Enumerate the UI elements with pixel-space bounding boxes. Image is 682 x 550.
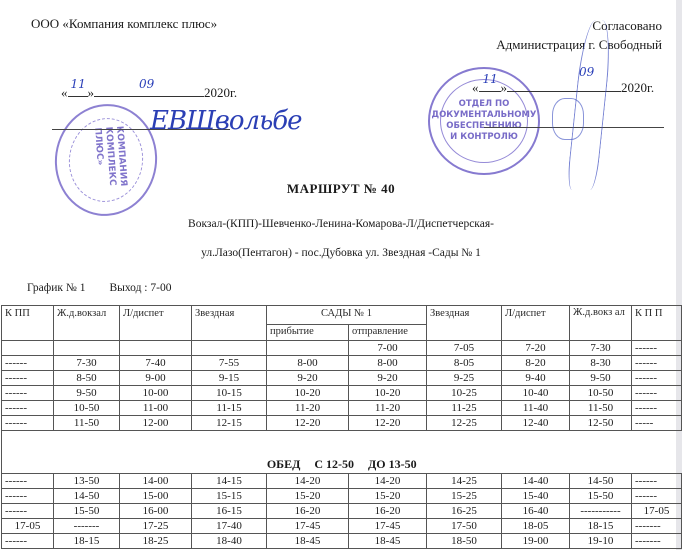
table-cell: 9-20 (349, 371, 427, 386)
stamp-line: И КОНТРОЛЮ (430, 132, 538, 143)
col-zvezdnaya-return: Звездная (427, 306, 502, 341)
table-cell: 11-15 (192, 401, 267, 416)
lunch-break: ОБЕДС 12-50ДО 13-50 (2, 431, 682, 474)
col-kpp-return: К П П (632, 306, 682, 341)
table-cell: 10-20 (349, 386, 427, 401)
table-row: ------9-5010-0010-1510-2010-2010-2510-40… (2, 386, 682, 401)
table-cell: 11-25 (427, 401, 502, 416)
table-cell: 8-50 (54, 371, 120, 386)
table-cell: 18-50 (427, 534, 502, 549)
lunch-label: ОБЕД (267, 457, 301, 471)
table-cell: 14-40 (502, 474, 570, 489)
table-row: ------18-1518-2518-4018-4518-4518-5019-0… (2, 534, 682, 549)
table-cell: 16-25 (427, 504, 502, 519)
col-zvezdnaya: Звездная (192, 306, 267, 341)
lunch-to: ДО 13-50 (368, 457, 417, 471)
table-cell: 10-50 (570, 386, 632, 401)
lunch-from: С 12-50 (314, 457, 354, 471)
table-cell: ------- (54, 519, 120, 534)
table-row: ------13-5014-0014-1514-2014-2014-2514-4… (2, 474, 682, 489)
table-cell (2, 341, 54, 356)
table-cell: 15-40 (502, 489, 570, 504)
table-cell: 19-10 (570, 534, 632, 549)
table-cell: ----- (632, 416, 682, 431)
date-right: «11»092020г. (472, 79, 654, 96)
table-cell: 15-50 (54, 504, 120, 519)
table-cell: 15-00 (120, 489, 192, 504)
day-field: 11 (479, 79, 501, 92)
table-cell: 9-50 (570, 371, 632, 386)
table-cell: 7-40 (120, 356, 192, 371)
table-cell: 14-50 (570, 474, 632, 489)
route-description-line2: ул.Лазо(Пентагон) - пос.Дубовка ул. Звез… (0, 247, 682, 259)
table-cell: 10-20 (267, 386, 349, 401)
table-cell: 9-25 (427, 371, 502, 386)
lunch-row: ОБЕДС 12-50ДО 13-50 (2, 431, 682, 474)
stamp-text: ОТДЕЛ ПО ДОКУМЕНТАЛЬНОМУ ОБЕСПЕЧЕНИЮ И К… (430, 99, 538, 143)
table-cell: 10-00 (120, 386, 192, 401)
table-cell: 15-20 (349, 489, 427, 504)
col-station-return: Ж.д.вокз ал (570, 306, 632, 341)
table-cell: 10-15 (192, 386, 267, 401)
route-title: МАРШРУТ № 40 (0, 181, 682, 197)
table-cell: 18-45 (349, 534, 427, 549)
table-cell: ------ (2, 416, 54, 431)
table-cell: ------ (2, 356, 54, 371)
exit-time: Выход : 7-00 (109, 282, 171, 294)
table-cell: ------ (2, 474, 54, 489)
table-cell: 10-50 (54, 401, 120, 416)
table-cell (192, 341, 267, 356)
table-cell: 12-20 (349, 416, 427, 431)
table-cell: ------- (632, 534, 682, 549)
table-cell: 12-20 (267, 416, 349, 431)
table-cell: 7-55 (192, 356, 267, 371)
table-cell: 12-15 (192, 416, 267, 431)
table-cell: 9-20 (267, 371, 349, 386)
table-cell: 17-05 (2, 519, 54, 534)
col-station: Ж.д.вокзал (54, 306, 120, 341)
table-cell: ------- (632, 519, 682, 534)
table-row: ------7-307-407-558-008-008-058-208-30--… (2, 356, 682, 371)
handwritten-day: 11 (71, 77, 86, 91)
table-cell: 7-30 (570, 341, 632, 356)
table-cell: 17-05 (632, 504, 682, 519)
table-cell: 14-25 (427, 474, 502, 489)
table-cell: ------ (2, 401, 54, 416)
handwritten-month: 09 (139, 77, 154, 91)
table-cell: 17-50 (427, 519, 502, 534)
table-cell: 16-20 (267, 504, 349, 519)
table-cell: 12-00 (120, 416, 192, 431)
table-cell: 9-40 (502, 371, 570, 386)
day-field: 11 (68, 84, 88, 97)
table-cell: 19-00 (502, 534, 570, 549)
table-cell: 16-40 (502, 504, 570, 519)
header-row: К ПП Ж.д.вокзал Л/диспет Звездная САДЫ №… (2, 306, 682, 325)
company-stamp: КОМПАНИЯ КОМПЛЕКС ПЛЮС» (48, 97, 165, 222)
table-cell: 12-50 (570, 416, 632, 431)
table-cell: 11-50 (570, 401, 632, 416)
table-cell: ------ (2, 534, 54, 549)
table-cell: ------ (632, 371, 682, 386)
table-cell: 17-25 (120, 519, 192, 534)
stamp-line: ДОКУМЕНТАЛЬНОМУ (430, 110, 538, 121)
table-row: ------15-5016-0016-1516-2016-2016-2516-4… (2, 504, 682, 519)
company-name: ООО «Компания комплекс плюс» (31, 16, 217, 32)
table-cell: 16-15 (192, 504, 267, 519)
table-cell: 14-00 (120, 474, 192, 489)
table-cell: 18-15 (54, 534, 120, 549)
table-cell: 16-20 (349, 504, 427, 519)
table-cell: ------ (2, 371, 54, 386)
table-row: 7-007-057-207-30------ (2, 341, 682, 356)
table-cell (54, 341, 120, 356)
signature-left: ЕВШвольбе (150, 106, 302, 136)
month-field: 09 (94, 84, 204, 97)
table-cell: 7-20 (502, 341, 570, 356)
col-dispatch: Л/диспет (120, 306, 192, 341)
table-cell: 14-50 (54, 489, 120, 504)
table-cell: 9-15 (192, 371, 267, 386)
table-cell: 8-00 (267, 356, 349, 371)
schedule-info: График № 1Выход : 7-00 (27, 282, 171, 294)
table-cell: ------ (2, 489, 54, 504)
col-kpp: К ПП (2, 306, 54, 341)
table-cell: 14-15 (192, 474, 267, 489)
table-cell: ------ (632, 341, 682, 356)
handwritten-day: 11 (483, 72, 498, 86)
table-cell: 15-50 (570, 489, 632, 504)
table-cell: ------ (632, 474, 682, 489)
route-description-line1: Вокзал-(КПП)-Шевченко-Ленина-Комарова-Л/… (0, 218, 682, 230)
table-cell: 12-25 (427, 416, 502, 431)
table-cell: 8-00 (349, 356, 427, 371)
table-cell: ------ (632, 401, 682, 416)
signature-scribble (552, 98, 584, 140)
table-cell: 8-05 (427, 356, 502, 371)
table-row: ------10-5011-0011-1511-2011-2011-2511-4… (2, 401, 682, 416)
table-cell: 17-40 (192, 519, 267, 534)
table-cell: 15-20 (267, 489, 349, 504)
table-cell: 11-50 (54, 416, 120, 431)
table-cell: 17-45 (267, 519, 349, 534)
timetable: К ПП Ж.д.вокзал Л/диспет Звездная САДЫ №… (1, 305, 682, 549)
table-cell: 12-40 (502, 416, 570, 431)
table-cell: 16-00 (120, 504, 192, 519)
table-cell: 14-20 (267, 474, 349, 489)
table-cell: 14-20 (349, 474, 427, 489)
table-row: 17-05-------17-2517-4017-4517-4517-5018-… (2, 519, 682, 534)
table-cell: 11-20 (267, 401, 349, 416)
stamp-text: КОМПАНИЯ КОМПЛЕКС ПЛЮС» (91, 126, 128, 189)
table-row: ------11-5012-0012-1512-2012-2012-2512-4… (2, 416, 682, 431)
col-sady: САДЫ № 1 (267, 306, 427, 325)
table-cell: 18-15 (570, 519, 632, 534)
table-cell: 18-25 (120, 534, 192, 549)
table-cell: 11-20 (349, 401, 427, 416)
table-cell: 7-30 (54, 356, 120, 371)
schedule-number: График № 1 (27, 282, 85, 294)
table-cell (120, 341, 192, 356)
table-cell: 9-00 (120, 371, 192, 386)
col-departure: отправление (349, 325, 427, 341)
table-cell: 18-45 (267, 534, 349, 549)
col-dispatch-return: Л/диспет (502, 306, 570, 341)
approval-block: Согласовано Администрация г. Свободный (496, 16, 662, 54)
year: 2020г. (204, 85, 237, 100)
approval-org: Администрация г. Свободный (496, 35, 662, 54)
table-cell: ------ (2, 504, 54, 519)
col-arrival: прибытие (267, 325, 349, 341)
approval-title: Согласовано (496, 16, 662, 35)
table-cell: 7-00 (349, 341, 427, 356)
table-cell: 13-50 (54, 474, 120, 489)
table-cell: 15-15 (192, 489, 267, 504)
table-cell: 9-50 (54, 386, 120, 401)
table-cell: ------ (632, 356, 682, 371)
table-cell: ----------- (570, 504, 632, 519)
table-row: ------14-5015-0015-1515-2015-2015-2515-4… (2, 489, 682, 504)
year: 2020г. (621, 80, 654, 95)
table-cell: 11-40 (502, 401, 570, 416)
table-cell: 17-45 (349, 519, 427, 534)
stamp-line: ОТДЕЛ ПО (430, 99, 538, 110)
table-row: ------8-509-009-159-209-209-259-409-50--… (2, 371, 682, 386)
table-cell: 10-25 (427, 386, 502, 401)
table-cell: ------ (2, 386, 54, 401)
table-cell: ------ (632, 386, 682, 401)
table-cell: 8-20 (502, 356, 570, 371)
table-cell: 10-40 (502, 386, 570, 401)
table-cell: ------ (632, 489, 682, 504)
table-cell (267, 341, 349, 356)
table-cell: 7-05 (427, 341, 502, 356)
table-cell: 15-25 (427, 489, 502, 504)
table-cell: 18-40 (192, 534, 267, 549)
table-cell: 8-30 (570, 356, 632, 371)
table-cell: 11-00 (120, 401, 192, 416)
table-cell: 18-05 (502, 519, 570, 534)
date-left: «11»092020г. (61, 84, 237, 101)
